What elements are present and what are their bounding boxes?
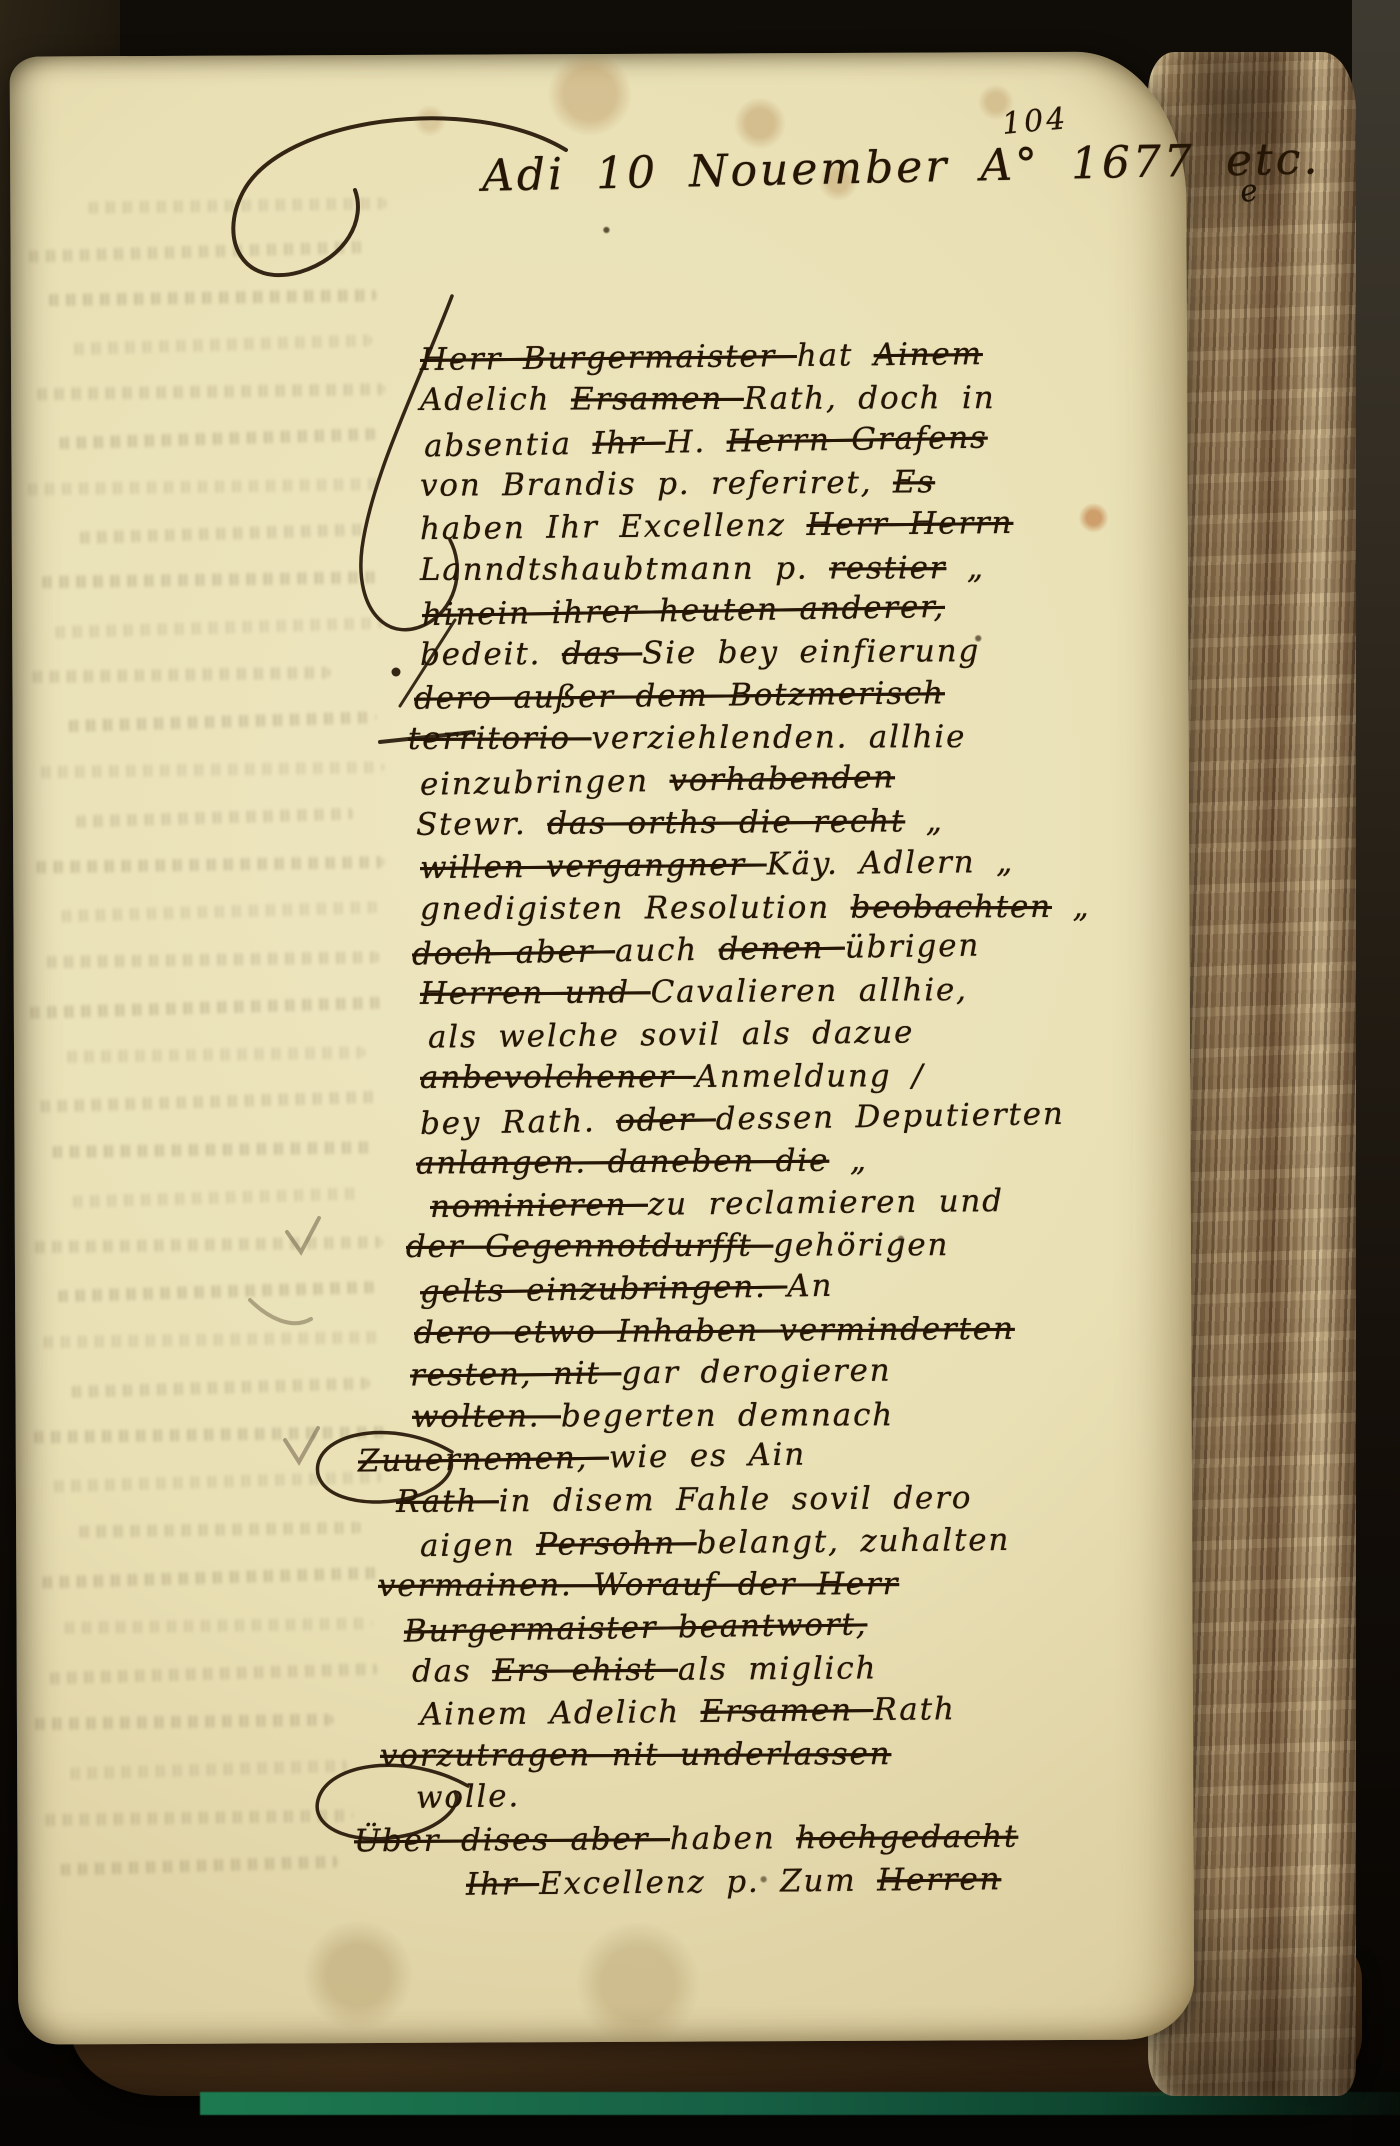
text-line: vermainen. Worauf der Herr [378,1563,899,1607]
bleedthrough-line [33,1714,333,1730]
text-line: als welche sovil als dazue [428,1011,915,1058]
text-line: Ihr Excellenz p. Zum Herren [466,1858,1002,1906]
bleedthrough-line [33,1236,383,1253]
text-line: Lanndtshaubtmann p. restier „ [420,547,985,591]
bleedthrough-line [77,1522,362,1538]
bleedthrough-line [74,808,354,828]
text-line: willen vergangner Käy. Adlern „ [420,841,1014,889]
text-line: wolle. [416,1775,521,1819]
text-line: hinein ihrer heuten anderer, [422,586,946,636]
bleedthrough-line [38,1091,378,1113]
text-line: resten, nit gar derogieren [410,1350,892,1397]
verso-bleedthrough [16,95,416,1937]
text-line: Herren und Cavalieren allhie, [420,969,968,1015]
bleedthrough-line [39,761,384,778]
bleedthrough-line [34,856,384,873]
bleedthrough-line [32,1426,387,1443]
text-line: einzubringen vorhabenden [420,756,896,805]
bleedthrough-line [66,711,376,732]
bleedthrough-line [52,1471,382,1492]
manuscript-photo: e 104 Adi 10 Nouember A° 1677 etc. Herr … [0,0,1400,2146]
text-line: gelts einzubringen. An [420,1264,834,1312]
text-line: gnedigisten Resolution beobachten „ [420,885,1091,929]
text-line: von Brandis p. referiret, Es [420,461,935,507]
text-line: Stewr. das orths die recht „ [416,800,944,846]
text-line: dero außer dem Botzmerisch [414,672,945,720]
bleedthrough-line [50,1141,375,1158]
bleedthrough-line [62,1617,372,1634]
page-number: 104 [1001,101,1070,142]
text-line: wolten. begerten demnach [412,1394,894,1438]
bleedthrough-line [53,617,383,638]
text-line: bedeit. das Sie bey einfierung [420,630,980,676]
bleedthrough-line [65,1046,365,1062]
text-line: das Ers ehist als miglich [412,1647,878,1692]
text-line: aigen Persohn belangt, zuhalten [420,1519,1011,1567]
text-line: Rath in disem Fahle sovil dero [396,1477,972,1523]
bleedthrough-line [35,383,385,400]
bleedthrough-line [28,997,383,1019]
text-line: Zuuernemen, wie es Ain [358,1434,807,1483]
bleedthrough-line [78,523,368,543]
text-line: dero etwo Inhaben verminderten [414,1308,1015,1354]
bleedthrough-line [71,1188,361,1208]
text-line: Über dises aber haben hochgedacht [354,1816,1019,1863]
text-line: absentia Ihr H. Herrn Grafens [424,416,988,467]
bleedthrough-line [25,478,385,495]
bleedthrough-line [59,901,379,922]
bleedthrough-line [58,1856,338,1876]
bleedthrough-line [43,1809,353,1826]
bleedthrough-line [56,1281,376,1302]
bleedthrough-line [30,667,330,683]
text-line: anlangen. daneben die „ [416,1139,868,1184]
text-line: vorzutragen nit underlassen [380,1733,891,1777]
entry-text-block: Herr Burgermaister hat AinemAdelich Ersa… [420,336,1180,1936]
text-line: bey Rath. oder dessen Deputierten [420,1093,1065,1145]
bleedthrough-line [45,951,380,968]
bleedthrough-line [40,571,380,588]
text-line: Ainem Adelich Ersamen Rath [420,1688,956,1736]
text-line: Burgermaister beantwort, [404,1603,868,1652]
text-line: Herr Burgermaister hat Ainem [420,333,983,381]
bleedthrough-line [57,428,377,449]
bleedthrough-line [48,1663,378,1684]
bleedthrough-line [41,1331,381,1348]
bleedthrough-line [72,334,372,355]
bleedthrough-line [68,1760,348,1780]
bleedthrough-line [69,1377,369,1398]
text-line: der Gegennotdurfft gehörigen [406,1224,949,1268]
bleedthrough-line [40,1567,380,1589]
text-line: anbevolchener Anmeldung / [420,1055,924,1099]
text-line: Adelich Ersamen Rath, doch in [420,377,996,421]
text-line: doch aber auch denen übrigen [412,924,981,975]
bleedthrough-line [26,241,366,263]
bleedthrough-line [86,197,386,213]
right-background [1352,0,1400,2146]
bleedthrough-line [47,289,377,306]
text-line: nominieren zu reclamieren und [430,1180,1004,1228]
text-line: haben Ihr Excellenz Herr Herrn [420,502,1014,550]
text-line: territorio verziehlenden. allhie [408,716,966,760]
